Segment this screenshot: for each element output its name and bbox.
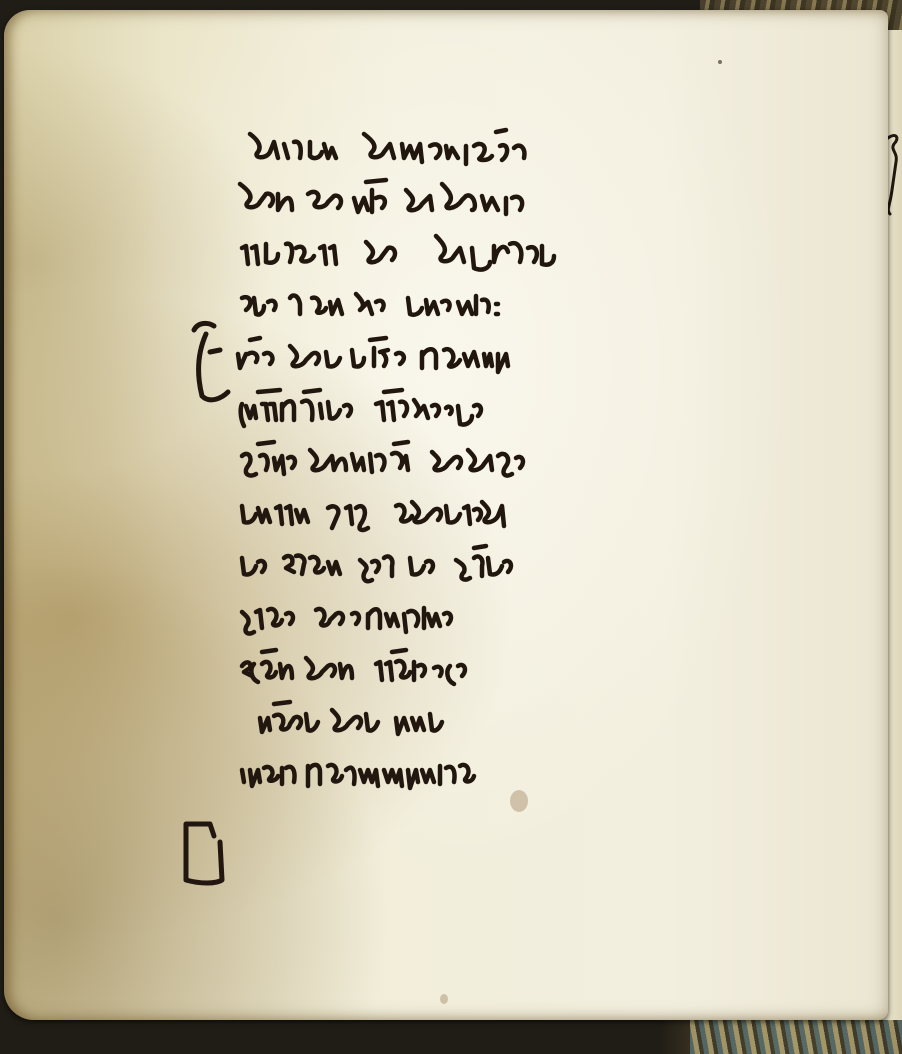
text-line-8: ⴓⴀⴐⴈⴀ ⴂⴄⴂ ⴀⴋⴀⴈⴄⴀⴋⴂ [236, 482, 796, 534]
margin-initial-line-4-5 [188, 312, 238, 416]
script-strokes [244, 118, 784, 170]
text-line-10: ⴓⴈⴍⴀ ⴍⴀ ⴀⴄⴀⴐⴋⴈⴐⴀⴀ [236, 586, 796, 638]
initial-letter-icon [188, 312, 238, 412]
margin-initial-line-13 [180, 812, 240, 896]
text-line-12: ⴓⴈⴀⴈ ⴋⴀⴓ ⴈⴀⴈ [236, 690, 796, 742]
script-strokes [236, 586, 776, 638]
parchment-spot [440, 994, 448, 1004]
script-strokes [236, 170, 776, 222]
script-strokes [236, 222, 776, 274]
script-strokes [236, 482, 776, 534]
script-strokes [236, 690, 776, 742]
parchment-dot [718, 60, 722, 64]
text-line-3: ⴄⴈⴐⴄⴈ ⴍⴀ ⴋⴄⴂⴓⴋⴈ [236, 222, 796, 274]
script-strokes [236, 534, 776, 586]
text-line-6: ⴂⴄⴌⴋⴈⴀ ⴈⴋ ⴍⴃⴀⴀⴂⴀ [236, 378, 796, 430]
text-line-9: ⴈⴀ ⴉⴈⴍⴀ ⴓⴀⴌ ⴈⴀ ⴓⴌⴈⴀ [236, 534, 796, 586]
script-strokes [236, 378, 776, 430]
script-strokes [236, 638, 776, 690]
text-line-4: ⴂⴀ ⴌ ⴀⴂⴄ ⴍⴃⴀ ⴓⴀⴀⴌⴈ: [236, 274, 796, 326]
initial-letter-icon [180, 812, 240, 892]
text-line-1: ⴋⴄⴍⴈⴐⴑⴀ ⴋⴄⴀⴐⴀⴉⴀⴆⴋⴅ [244, 118, 796, 170]
text-line-11: ⴉⴂⴋⴌ ⴋⴀⴌ ⴈⴍⴃⴀⴀⴂⴀ [236, 638, 796, 690]
manuscript-text-block: ⴋⴄⴍⴈⴐⴑⴀ ⴋⴄⴀⴐⴀⴉⴀⴆⴋⴅ ⴋⴀⴌ ⴍⴀ ⴋⴃⴀ ⴋⴄⴂ ⴋⴂⴀⴐⴈ … [236, 118, 796, 794]
script-strokes [236, 326, 776, 378]
script-strokes [236, 430, 776, 482]
text-line-13: ⴐⴈⴌⴄⴂⴋⴀⴍⴀⴐⴐⴓⴀⴐⴂⴋⴀ [236, 742, 796, 794]
text-line-2: ⴋⴀⴌ ⴍⴀ ⴋⴃⴀ ⴋⴄⴂ ⴋⴂⴀⴐⴈ [236, 170, 796, 222]
text-line-5: ⴈⴐⴀ ⴋⴀⴐ ⴈⴌⴀ ⴄⴋⴄⴍⴈⴐⴑ [236, 326, 796, 378]
text-line-7: ⴂⴓⴈⴀ ⴋⴄⴃⴄⴄⴍⴂ ⴍⴀⴋⴄⴂⴀ [236, 430, 796, 482]
script-strokes [236, 274, 776, 326]
script-strokes [236, 742, 776, 794]
binding-thread-bottom [690, 1020, 902, 1054]
